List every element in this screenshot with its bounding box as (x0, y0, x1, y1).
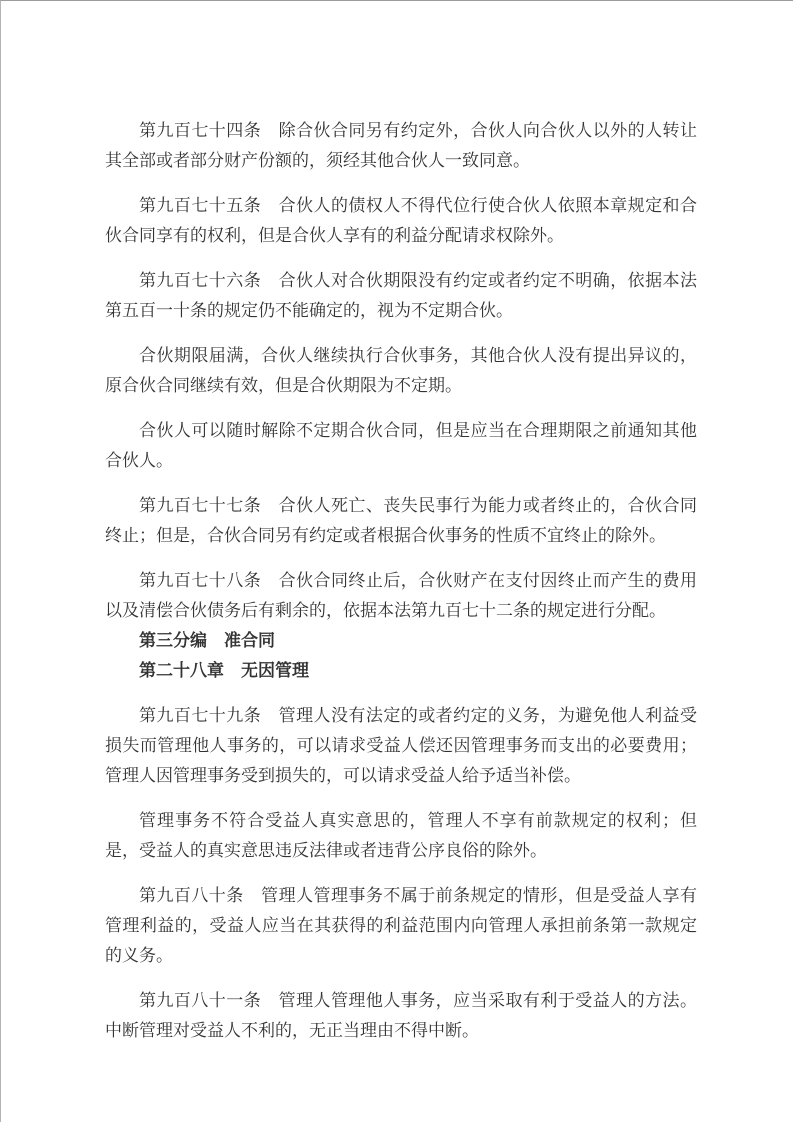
law-article-paragraph: 管理事务不符合受益人真实意思的，管理人不享有前款规定的权利；但是，受益人的真实意… (105, 806, 697, 866)
law-article-paragraph: 第九百七十六条 合伙人对合伙期限没有约定或者约定不明确，依据本法第五百一十条的规… (105, 266, 697, 326)
section-heading: 第二十八章 无因管理 (105, 656, 697, 686)
law-article-paragraph: 第九百八十一条 管理人管理他人事务，应当采取有利于受益人的方法。中断管理对受益人… (105, 986, 697, 1046)
law-article-paragraph: 第九百七十五条 合伙人的债权人不得代位行使合伙人依照本章规定和合伙合同享有的权利… (105, 191, 697, 251)
law-article-paragraph: 第九百七十七条 合伙人死亡、丧失民事行为能力或者终止的，合伙合同终止；但是，合伙… (105, 491, 697, 551)
law-article-paragraph: 第九百七十八条 合伙合同终止后，合伙财产在支付因终止而产生的费用以及清偿合伙债务… (105, 566, 697, 626)
law-article-paragraph: 第九百七十九条 管理人没有法定的或者约定的义务，为避免他人利益受损失而管理他人事… (105, 701, 697, 791)
law-article-paragraph: 第九百七十四条 除合伙合同另有约定外，合伙人向合伙人以外的人转让其全部或者部分财… (105, 116, 697, 176)
document-page: 第九百七十四条 除合伙合同另有约定外，合伙人向合伙人以外的人转让其全部或者部分财… (0, 0, 793, 1122)
law-article-paragraph: 第九百八十条 管理人管理事务不属于前条规定的情形，但是受益人享有管理利益的，受益… (105, 881, 697, 971)
section-heading: 第三分编 准合同 (105, 626, 697, 656)
law-article-paragraph: 合伙人可以随时解除不定期合伙合同，但是应当在合理期限之前通知其他合伙人。 (105, 416, 697, 476)
document-body: 第九百七十四条 除合伙合同另有约定外，合伙人向合伙人以外的人转让其全部或者部分财… (105, 101, 697, 1046)
law-article-paragraph: 合伙期限届满，合伙人继续执行合伙事务，其他合伙人没有提出异议的，原合伙合同继续有… (105, 341, 697, 401)
